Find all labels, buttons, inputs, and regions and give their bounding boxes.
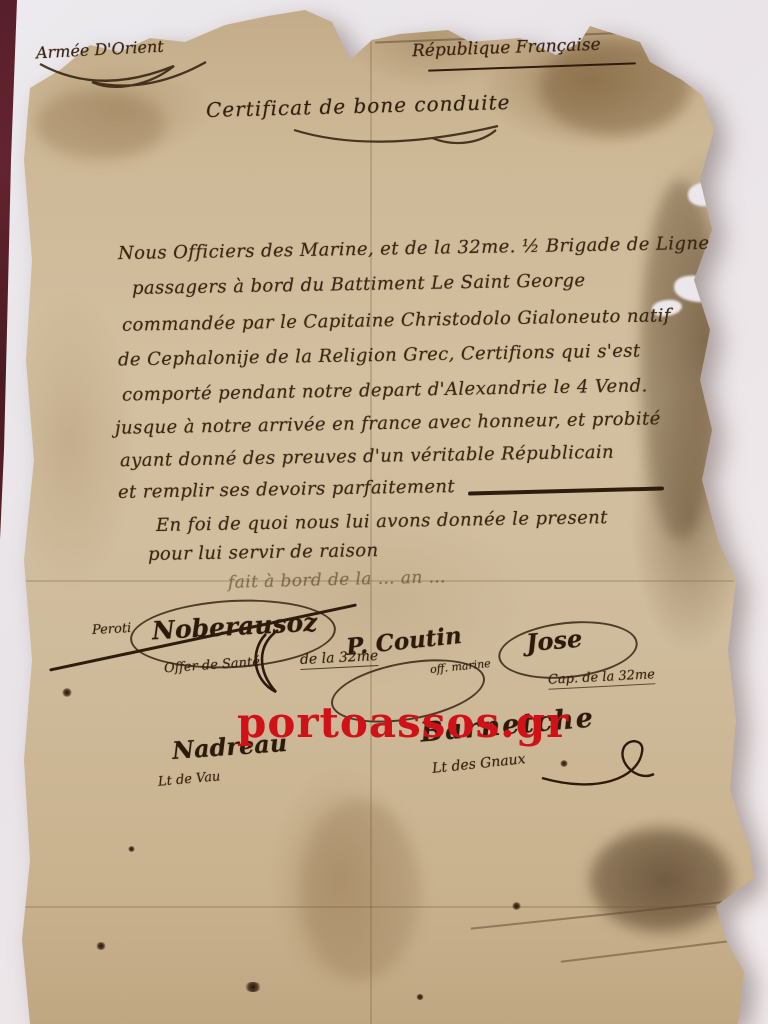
photo-of-document: Armée D'Orient République Française Cert… bbox=[0, 0, 768, 1024]
watermark-portoassos: portoassos.gr bbox=[237, 698, 569, 747]
signature-coutin: P. Coutin bbox=[345, 622, 463, 661]
flourish-under-armee bbox=[34, 58, 214, 92]
underline-republique bbox=[428, 62, 636, 72]
body-line-4: de Cephalonije de la Religion Grec, Cert… bbox=[118, 340, 641, 370]
body-line-6: jusque à notre arrivée en france avec ho… bbox=[115, 408, 661, 439]
body-line-11-dateline: fait à bord de la … an … bbox=[228, 567, 446, 593]
body-line-7: ayant donné des preuves d'un véritable R… bbox=[120, 442, 614, 472]
signature-barnetche-role: Lt des Gnaux bbox=[431, 751, 526, 777]
body-line-8: et remplir ses devoirs parfaitement bbox=[118, 476, 455, 503]
document-title: Certificat de bone conduite bbox=[206, 90, 511, 122]
body-line-3: commandée par le Capitaine Christodolo G… bbox=[122, 305, 671, 336]
handwritten-ink-layer: Armée D'Orient République Française Cert… bbox=[0, 0, 768, 1024]
body-line-1: Nous Officiers des Marine, et de la 32me… bbox=[118, 233, 710, 264]
signature-peroti: Peroti bbox=[92, 621, 132, 638]
signature-jose: Jose bbox=[525, 624, 583, 658]
dash-after-parfaitement bbox=[468, 486, 664, 495]
header-republique-francaise: République Française bbox=[412, 35, 601, 62]
body-line-5: comporté pendant notre depart d'Alexandr… bbox=[122, 375, 648, 405]
signature-nadreau-role: Lt de Vau bbox=[157, 769, 221, 789]
body-line-10: pour lui servir de raison bbox=[148, 540, 379, 565]
flourish-under-title bbox=[292, 124, 502, 150]
body-line-9: En foi de quoi nous lui avons donnée le … bbox=[156, 507, 608, 536]
paraph-curl bbox=[246, 626, 290, 700]
body-line-2: passagers à bord du Battiment Le Saint G… bbox=[132, 270, 586, 299]
